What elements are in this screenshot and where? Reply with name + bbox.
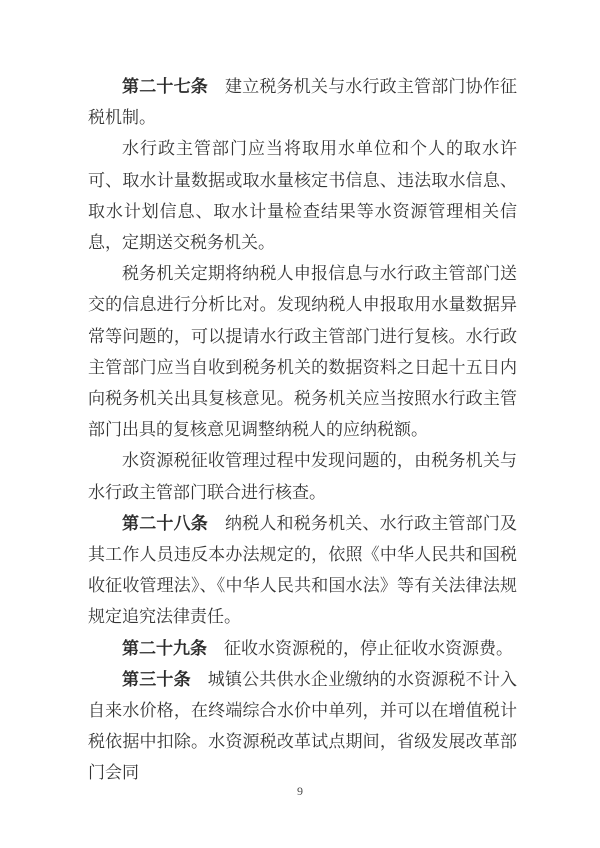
article-number: 第二十九条 [122,639,207,658]
paragraph: 税务机关定期将纳税人申报信息与水行政主管部门送交的信息进行分析比对。发现纳税人申… [88,258,517,445]
paragraph: 第三十条城镇公共供水企业缴纳的水资源税不计入自来水价格，在终端综合水价中单列，并… [88,664,517,789]
paragraph: 水行政主管部门应当将取用水单位和个人的取水许可、取水计量数据或取水量核定书信息、… [88,133,517,258]
page-footer: 9 [0,782,600,800]
document-body: 第二十七条建立税务机关与水行政主管部门协作征税机制。 水行政主管部门应当将取用水… [88,71,517,789]
page-number: 9 [297,784,303,798]
paragraph-text: 征收水资源税的，停止征收水资源费。 [224,639,513,658]
document-page: 第二十七条建立税务机关与水行政主管部门协作征税机制。 水行政主管部门应当将取用水… [0,0,600,848]
paragraph: 第二十七条建立税务机关与水行政主管部门协作征税机制。 [88,71,517,133]
article-number: 第二十七条 [122,77,208,96]
article-number: 第三十条 [122,670,191,689]
paragraph-text: 税务机关定期将纳税人申报信息与水行政主管部门送交的信息进行分析比对。发现纳税人申… [88,264,517,439]
paragraph: 第二十八条纳税人和税务机关、水行政主管部门及其工作人员违反本办法规定的，依照《中… [88,508,517,633]
paragraph-text: 水资源税征收管理过程中发现问题的，由税务机关与水行政主管部门联合进行核查。 [88,451,517,501]
article-number: 第二十八条 [122,514,208,533]
paragraph-text: 水行政主管部门应当将取用水单位和个人的取水许可、取水计量数据或取水量核定书信息、… [88,139,517,252]
paragraph: 水资源税征收管理过程中发现问题的，由税务机关与水行政主管部门联合进行核查。 [88,445,517,507]
paragraph: 第二十九条征收水资源税的，停止征收水资源费。 [88,633,517,664]
